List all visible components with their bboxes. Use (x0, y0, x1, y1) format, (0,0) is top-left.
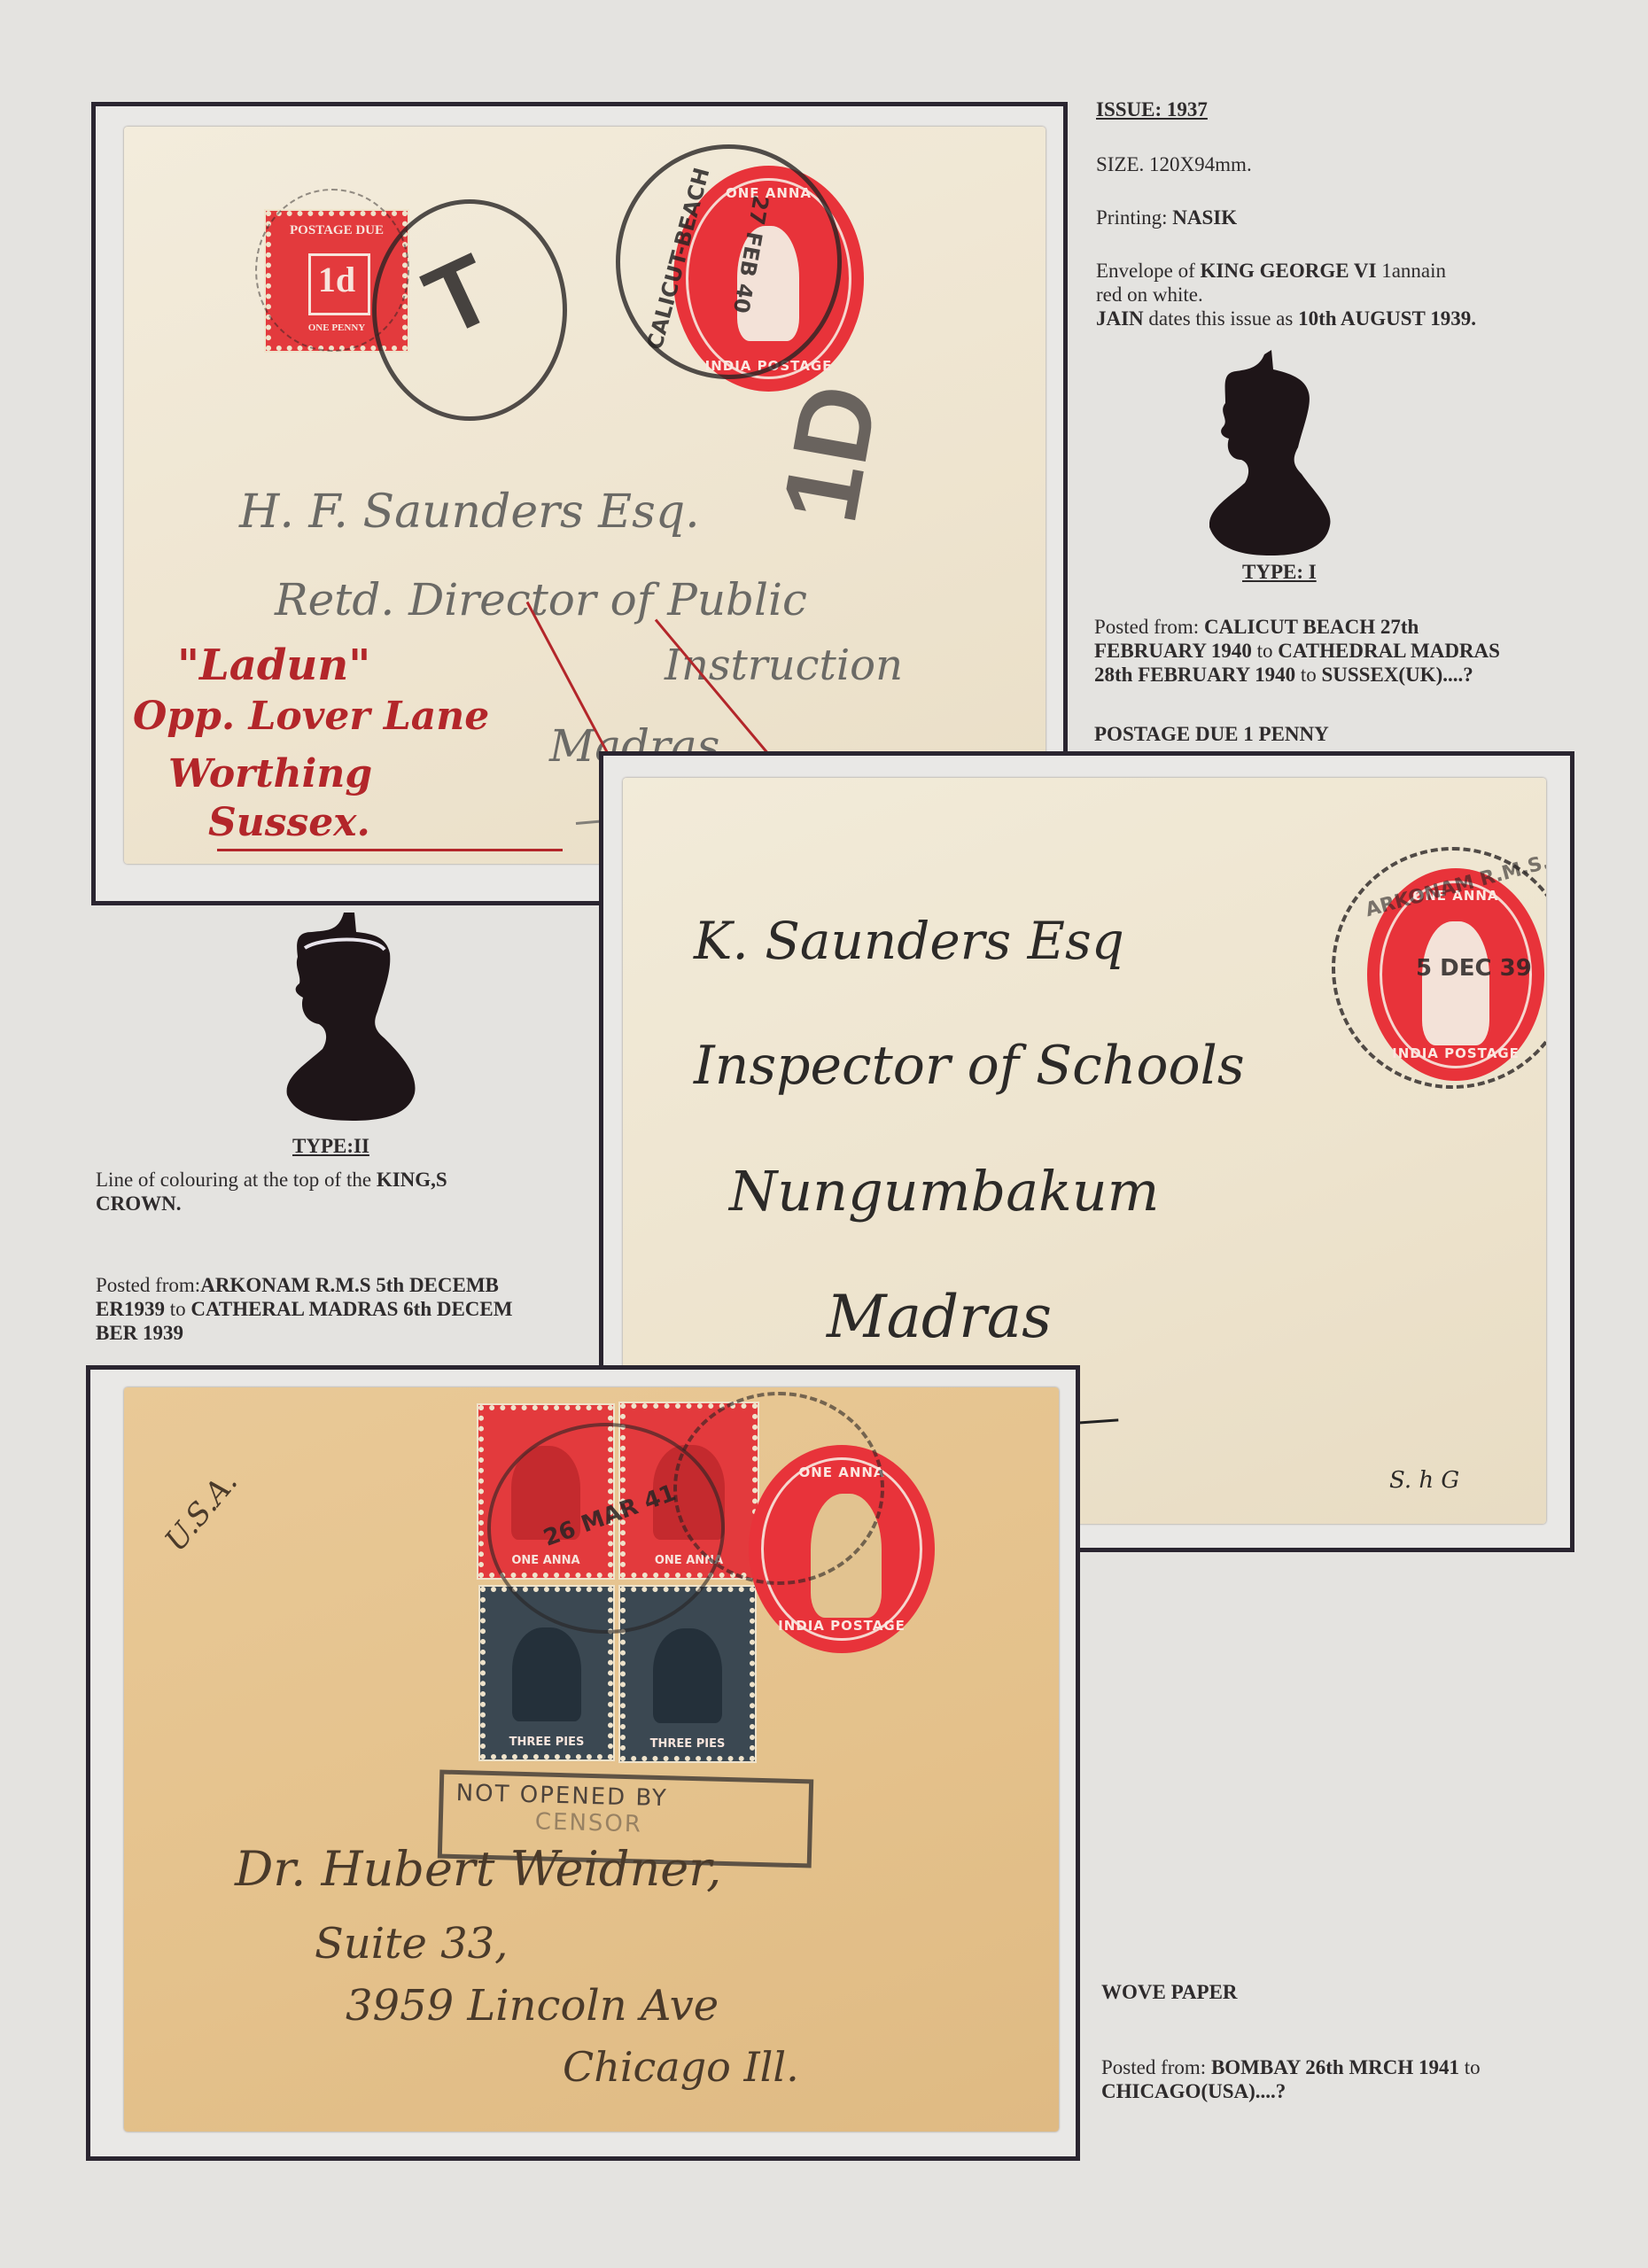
printing-note: Printing: NASIK (1096, 206, 1237, 229)
arkonam-cancel-date: 5 DEC 39 (1416, 955, 1532, 982)
cover-3-posted-from: Posted from: BOMBAY 26th MRCH 1941 to CH… (1101, 2055, 1633, 2103)
envelope-description: Envelope of KING GEORGE VI 1annain red o… (1096, 259, 1628, 330)
address-line-2: Retd. Director of Public (275, 574, 807, 625)
size-note: SIZE. 120X94mm. (1096, 152, 1252, 176)
tax-circle-mark: T (372, 199, 567, 421)
address-line-1: H. F. Saunders Esq. (239, 485, 700, 539)
address-line-4: Madras (827, 1283, 1052, 1351)
address-line-1: K. Saunders Esq (694, 911, 1124, 971)
address-line-3: Nungumbakum (729, 1159, 1159, 1223)
address-line-2: Suite 33, (315, 1919, 508, 1969)
redirect-line-2: Opp. Lover Lane (133, 694, 489, 739)
redirect-line-3: Worthing (168, 751, 372, 796)
initials: S. h G (1389, 1467, 1459, 1494)
address-line-1: Dr. Hubert Weidner, (235, 1841, 721, 1897)
type-1-king-silhouette-icon (1209, 350, 1333, 558)
type-1-caption: TYPE: I (1242, 560, 1317, 584)
address-line-4: Chicago Ill. (563, 2043, 799, 2091)
route-note-usa: U.S.A. (158, 1464, 245, 1558)
type-2-posted-from: Posted from:ARKONAM R.M.S 5th DECEMB ER1… (96, 1273, 601, 1345)
bombay-cancel-2 (673, 1392, 884, 1585)
type-2-king-silhouette-icon (285, 913, 418, 1121)
type-2-description: Line of colouring at the top of the KING… (96, 1168, 592, 1216)
postage-due-note: POSTAGE DUE 1 PENNY (1094, 722, 1329, 746)
type-1-posted-from: Posted from: CALICUT BEACH 27th FEBRUARY… (1094, 615, 1644, 687)
type-2-caption: TYPE:II (292, 1134, 369, 1158)
address-line-3: Instruction (665, 641, 903, 690)
due-1d-mark: 1D (758, 376, 902, 531)
redirect-line-4: Sussex. (208, 800, 370, 845)
redirect-line-1: "Ladun" (177, 641, 370, 690)
address-line-2: Inspector of Schools (694, 1035, 1245, 1097)
address-line-3: 3959 Lincoln Ave (346, 1981, 719, 2031)
tax-mark-letter: T (408, 232, 510, 360)
wove-paper-note: WOVE PAPER (1101, 1980, 1238, 2004)
issue-heading: ISSUE: 1937 (1096, 97, 1208, 121)
cover-3-envelope[interactable]: U.S.A. ONE ANNA ONE ANNA THREE PIES THRE… (124, 1387, 1059, 2132)
